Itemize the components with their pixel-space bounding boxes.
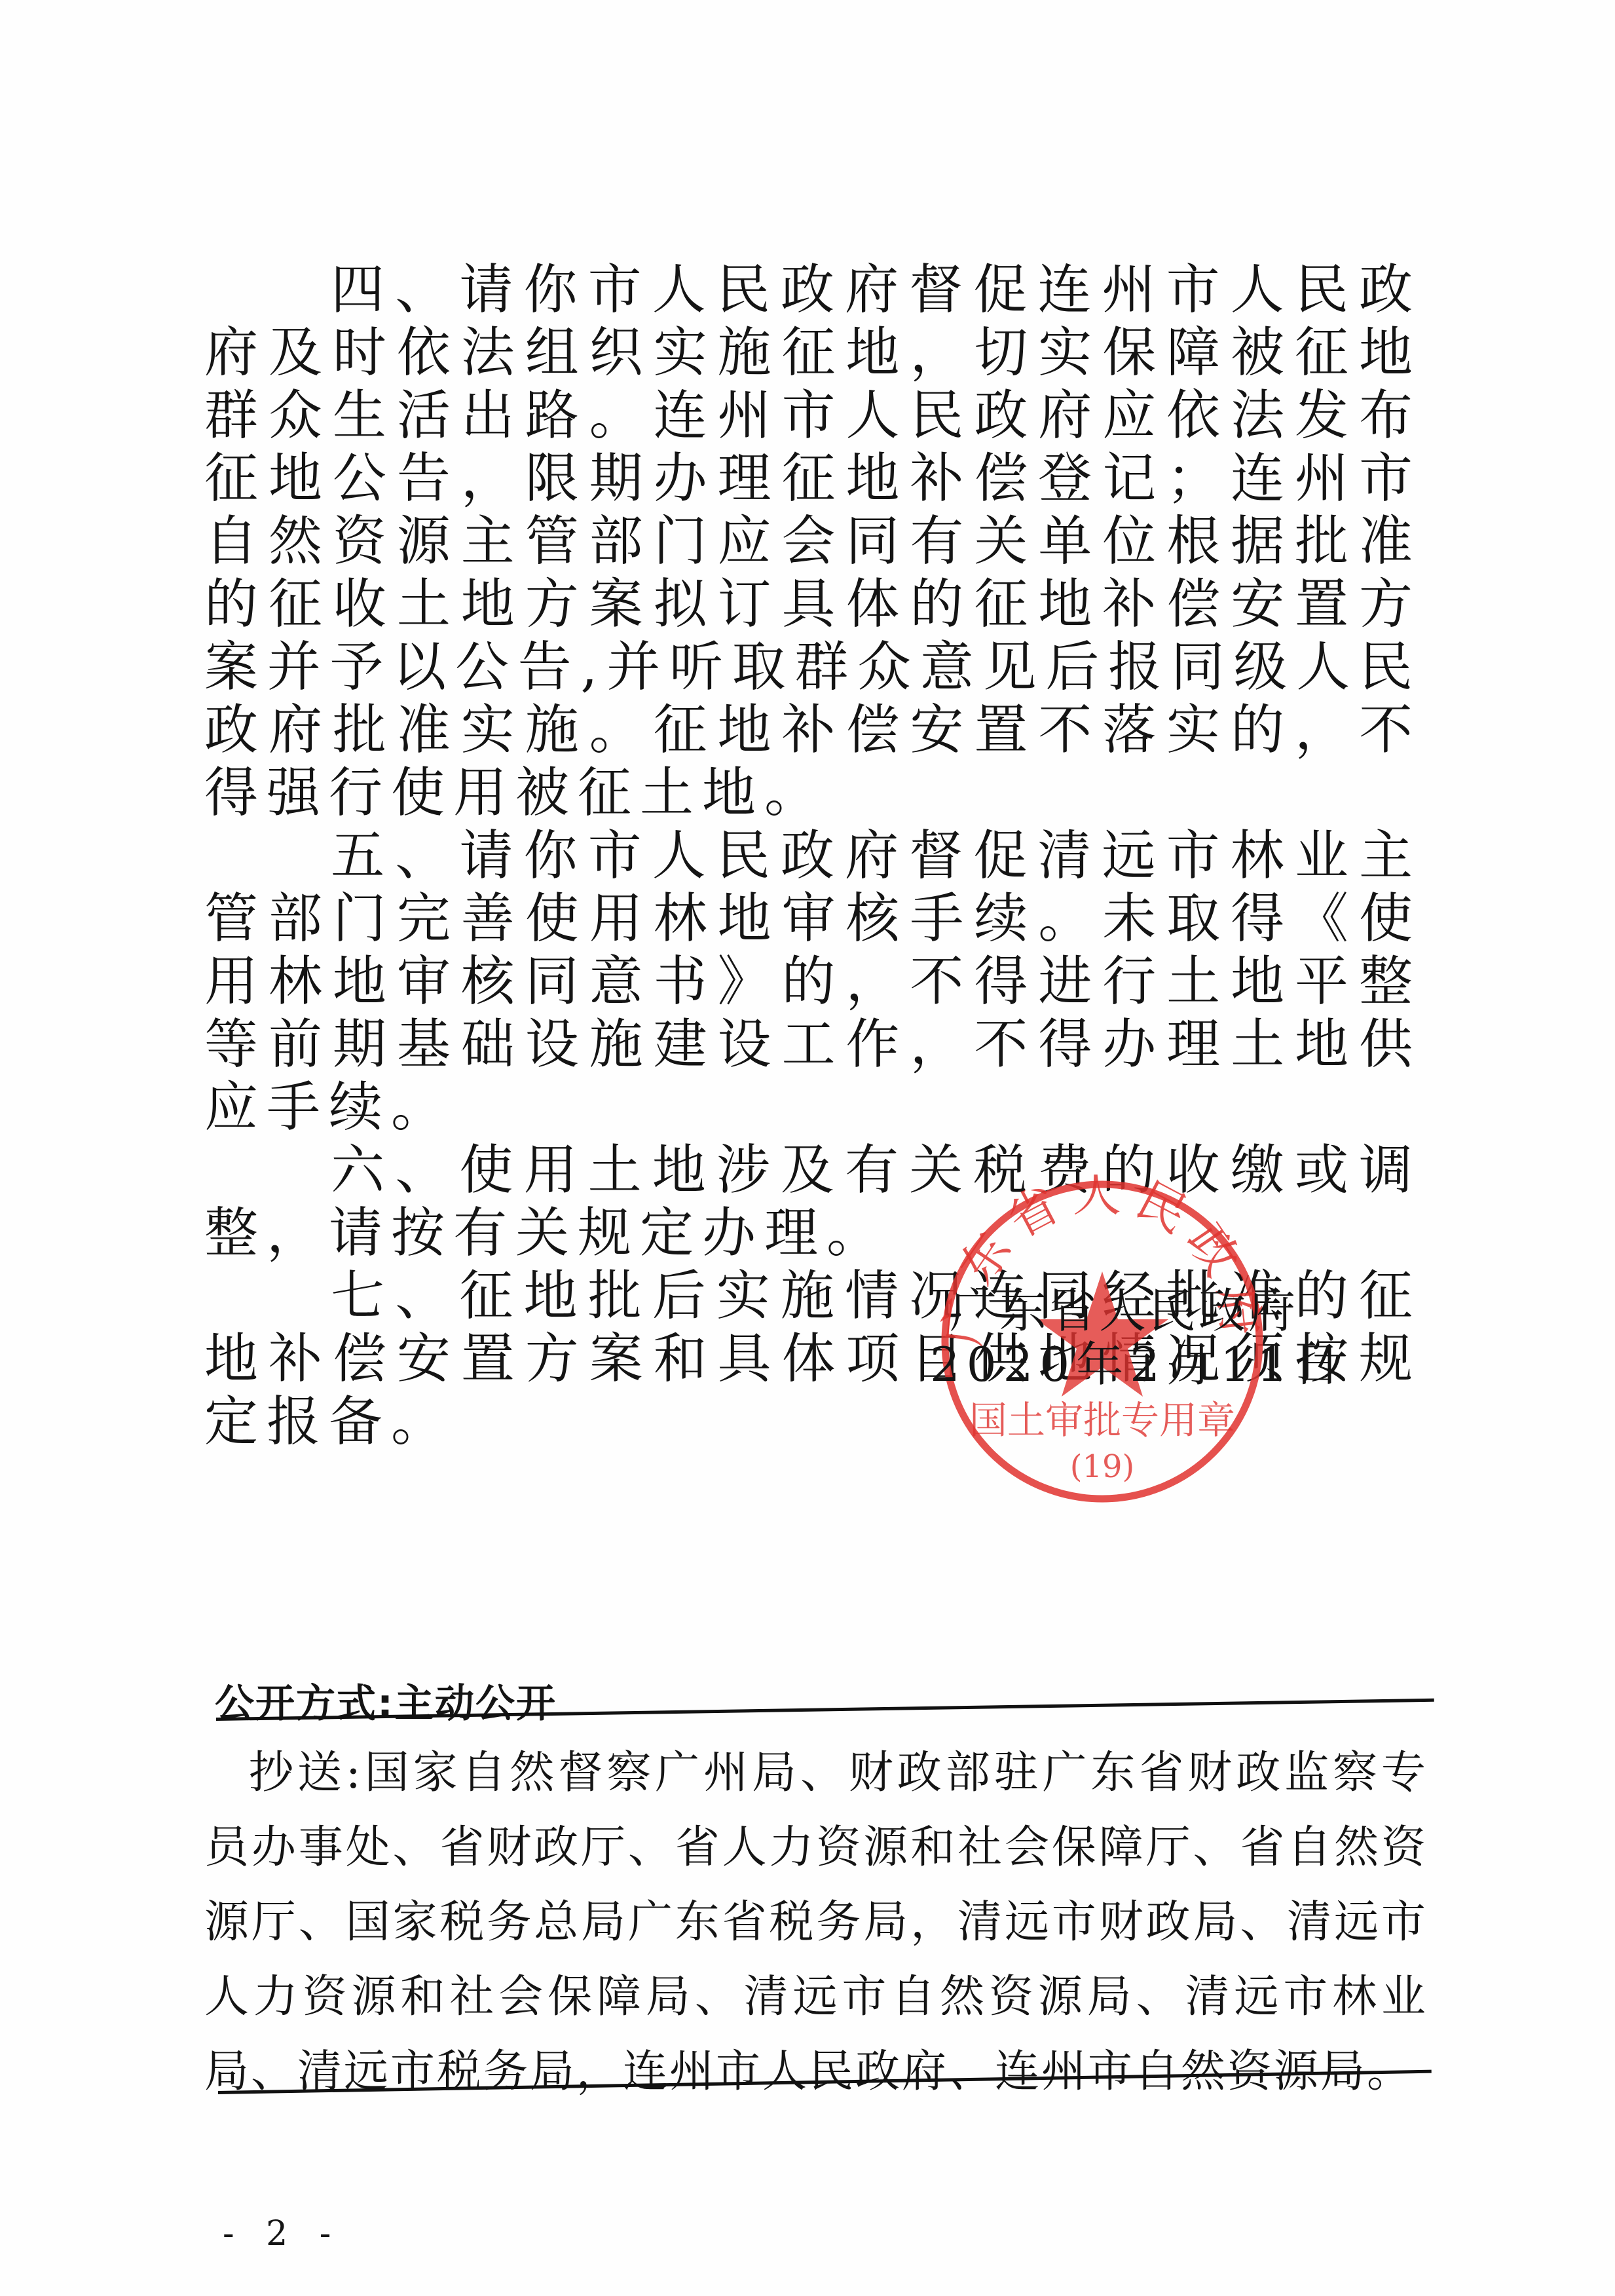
paragraph-item-5: 五、请你市人民政府督促清远市林业主管部门完善使用林地审核手续。未取得《使用林地审…	[204, 825, 1421, 1139]
seal-number: (19)	[1070, 1448, 1135, 1485]
seal-bottom-text: 国土审批专用章	[969, 1398, 1235, 1442]
cc-list: 抄送:国家自然督察广州局、财政部驻广东省财政监察专员办事处、省财政厅、省人力资源…	[204, 1736, 1428, 2109]
paragraph-item-4: 四、请你市人民政府督促连州市人民政府及时依法组织实施征地，切实保障被征地群众生活…	[204, 259, 1421, 825]
paragraph-text: 四、请你市人民政府督促连州市人民政府及时依法组织实施征地，切实保障被征地群众生活…	[204, 259, 1421, 824]
page-number: - 2 -	[223, 2214, 341, 2253]
signature-block: 广东省人民政府 2020年2月11日	[930, 1284, 1347, 1391]
signing-organization: 广东省人民政府	[930, 1284, 1347, 1338]
document-page: 四、请你市人民政府督促连州市人民政府及时依法组织实施征地，切实保障被征地群众生活…	[0, 0, 1615, 2296]
signing-date: 2020年2月11日	[930, 1338, 1347, 1391]
cc-label: 抄送:	[204, 1747, 363, 1799]
cc-recipients: 国家自然督察广州局、财政部驻广东省财政监察专员办事处、省财政厅、省人力资源和社会…	[204, 1747, 1428, 2098]
disclosure-method: 公开方式:主动公开	[215, 1672, 557, 1729]
paragraph-text: 五、请你市人民政府督促清远市林业主管部门完善使用林地审核手续。未取得《使用林地审…	[204, 825, 1421, 1139]
